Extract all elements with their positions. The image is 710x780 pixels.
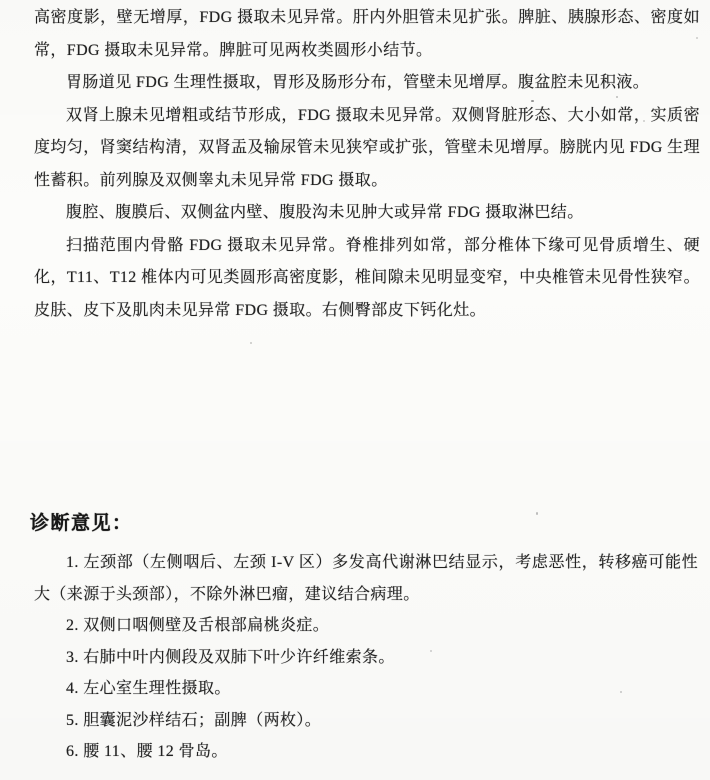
findings-paragraph-kidney: 双肾上腺未见增粗或结节形成，FDG 摄取未见异常。双侧肾脏形态、大小如常，实质密… <box>34 100 700 198</box>
scanned-medical-report-page: 高密度影，壁无增厚，FDG 摄取未见异常。肝内外胆管未见扩张。脾脏、胰腺形态、密… <box>0 0 710 780</box>
diagnosis-item-3: 3. 右肺中叶内侧段及双肺下叶少许纤维索条。 <box>34 642 698 674</box>
diagnosis-item-4: 4. 左心室生理性摄取。 <box>34 673 698 705</box>
diagnosis-item-6: 6. 腰 11、腰 12 骨岛。 <box>34 736 698 768</box>
diagnosis-item-1: 1. 左颈部（左侧咽后、左颈 I-V 区）多发高代谢淋巴结显示，考虑恶性，转移癌… <box>34 547 698 610</box>
scan-speckle <box>250 342 252 344</box>
findings-paragraph-continuation: 高密度影，壁无增厚，FDG 摄取未见异常。肝内外胆管未见扩张。脾脏、胰腺形态、密… <box>34 2 700 67</box>
diagnosis-section: 1. 左颈部（左侧咽后、左颈 I-V 区）多发高代谢淋巴结显示，考虑恶性，转移癌… <box>0 535 710 768</box>
diagnosis-heading: 诊断意见： <box>30 508 710 535</box>
findings-section: 高密度影，壁无增厚，FDG 摄取未见异常。肝内外胆管未见扩张。脾脏、胰腺形态、密… <box>0 0 710 327</box>
findings-paragraph-gi: 胃肠道见 FDG 生理性摄取，胃形及肠形分布，管壁未见增厚。腹盆腔未见积液。 <box>34 67 700 100</box>
diagnosis-item-2: 2. 双侧口咽侧壁及舌根部扁桃炎症。 <box>34 610 698 642</box>
findings-paragraph-bone: 扫描范围内骨骼 FDG 摄取未见异常。脊椎排列如常，部分椎体下缘可见骨质增生、硬… <box>34 230 700 328</box>
findings-paragraph-lymph: 腹腔、腹膜后、双侧盆内壁、腹股沟未见肿大或异常 FDG 摄取淋巴结。 <box>34 197 700 230</box>
diagnosis-item-5: 5. 胆囊泥沙样结石；副脾（两枚）。 <box>34 705 698 737</box>
